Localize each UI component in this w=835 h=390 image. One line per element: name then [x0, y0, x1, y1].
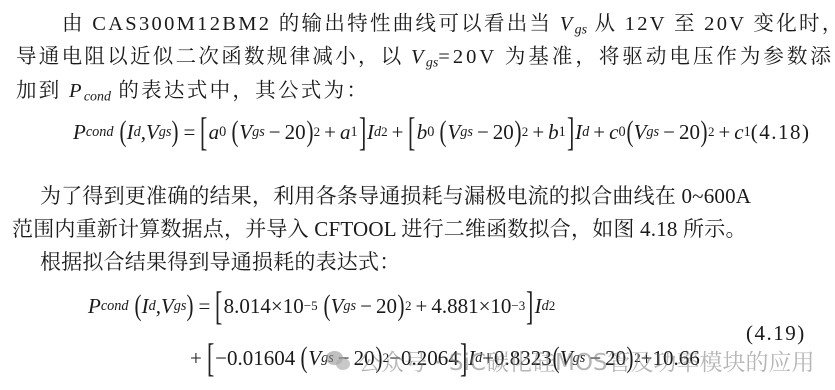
bracket-open: [	[408, 112, 415, 152]
coef-a: a	[340, 120, 351, 145]
bracket-close: ]	[359, 112, 366, 152]
paren-open: (	[301, 343, 308, 373]
var-sub: d	[134, 124, 141, 140]
paren-close: )	[514, 117, 521, 147]
paragraph2-line2: 范围内重新计算数据点，并导入 CFTOOL 进行二维函数拟合，如图 4.18 所…	[12, 213, 747, 243]
exponent: 2	[381, 124, 388, 140]
exponent: 2	[708, 124, 715, 140]
coef-c: c	[609, 120, 618, 145]
paren-close: )	[397, 291, 404, 321]
var-sub: cond	[84, 89, 111, 104]
paragraph2-line3: 根据拟合结果得到导通损耗的表达式：	[40, 246, 400, 276]
paren-open: (	[626, 117, 633, 147]
paren-open: (	[232, 117, 239, 147]
eq-constant: 20	[285, 120, 306, 145]
var-i: I	[127, 120, 134, 145]
text: 从 12V 至 20V 变化时，	[587, 13, 835, 35]
text: 的表达式中，其公式为：	[111, 80, 369, 102]
wechat-icon	[326, 350, 352, 372]
eq-lhs: P	[73, 120, 86, 145]
paragraph1-line2: 导通电阻以近似二次函数规律减小，以 Vgs=20V 为基准，将驱动电压作为参数添	[16, 39, 834, 71]
exponent: 2	[405, 298, 412, 314]
coef-c: c	[734, 120, 743, 145]
text: 为了得到更准确的结果，利用各条导通损耗与漏极电流的拟合曲线在 0~600A	[40, 184, 751, 208]
exponent: 2	[522, 124, 529, 140]
paragraph1-line3: 加到 Pcond 的表达式中，其公式为：	[16, 73, 369, 105]
eq-lhs-sub: cond	[86, 124, 114, 140]
bracket-close: ]	[567, 112, 574, 152]
coef-a: a	[209, 120, 220, 145]
coef-a0: 8.014×10	[224, 294, 304, 319]
equation-4-19-line1: Pcond (Id,Vgs)= [ 8.014×10−5 (Vgs−20)2 +…	[88, 286, 555, 326]
bracket-open: [	[207, 338, 214, 378]
paren-open: (	[134, 291, 141, 321]
text: 范围内重新计算数据点，并导入 CFTOOL 进行二维函数拟合，如图 4.18 所…	[12, 217, 747, 241]
coef-sub: 0	[618, 124, 625, 141]
text: 加到	[16, 80, 69, 102]
equation-number: (4.18)	[751, 120, 811, 145]
var-sub: gs	[426, 55, 438, 70]
coef-b: b	[548, 120, 559, 145]
bracket-close: ]	[526, 286, 533, 326]
var-p: P	[69, 80, 84, 102]
text: 导通电阻以近似二次函数规律减小，以	[16, 46, 411, 68]
equation-number: (4.19)	[746, 321, 806, 346]
eq-constant: 20	[493, 120, 514, 145]
text: 由 CAS300M12BM2 的输出特性曲线可以看出当	[62, 13, 560, 35]
watermark: 公众号 · SiC碳化硅MOS管及功率模块的应用	[326, 344, 815, 377]
paren-close: )	[700, 117, 707, 147]
paren-close: )	[306, 117, 313, 147]
paragraph1-line1: 由 CAS300M12BM2 的输出特性曲线可以看出当 Vgs 从 12V 至 …	[62, 6, 835, 38]
exponent: −3	[511, 298, 525, 314]
var-v: V	[560, 13, 575, 35]
var-sub: gs	[575, 22, 587, 37]
coef-sub: 0	[427, 124, 434, 141]
coef-sub: 1	[351, 124, 358, 141]
paren-open: (	[119, 117, 126, 147]
text: 根据拟合结果得到导通损耗的表达式：	[40, 250, 400, 274]
var-v: V	[411, 46, 426, 68]
coef-sub: 1	[744, 124, 751, 141]
coef-a1: 4.881×10	[431, 294, 511, 319]
coef-sub: 0	[219, 124, 226, 141]
var-v: V	[146, 120, 159, 145]
paragraph2-line1: 为了得到更准确的结果，利用各条导通损耗与漏极电流的拟合曲线在 0~600A	[40, 180, 751, 210]
var-sub: gs	[159, 124, 172, 140]
bracket-open: [	[200, 112, 207, 152]
bracket-open: [	[215, 286, 222, 326]
watermark-text: 公众号 · SiC碳化硅MOS管及功率模块的应用	[358, 344, 815, 377]
coef-sub: 1	[559, 124, 566, 141]
paren-open: (	[323, 291, 330, 321]
paren-open: (	[440, 117, 447, 147]
coef-b: b	[417, 120, 428, 145]
eq-lhs: P	[88, 294, 101, 319]
eq-constant: 20	[376, 294, 397, 319]
coef-b0: −0.01604	[215, 346, 295, 371]
exponent: 2	[549, 298, 556, 314]
paren-close: )	[187, 291, 194, 321]
eq-lhs-sub: cond	[101, 298, 129, 314]
eq-constant: 20	[679, 120, 700, 145]
exponent: 2	[314, 124, 321, 140]
text: =20V 为基准，将驱动电压作为参数添	[438, 46, 834, 68]
exponent: −5	[304, 298, 318, 314]
equation-4-18: Pcond ( Id,Vgs )= [ a0 (Vgs−20)2 +a1 ] I…	[73, 112, 811, 152]
paren-close: )	[172, 117, 179, 147]
